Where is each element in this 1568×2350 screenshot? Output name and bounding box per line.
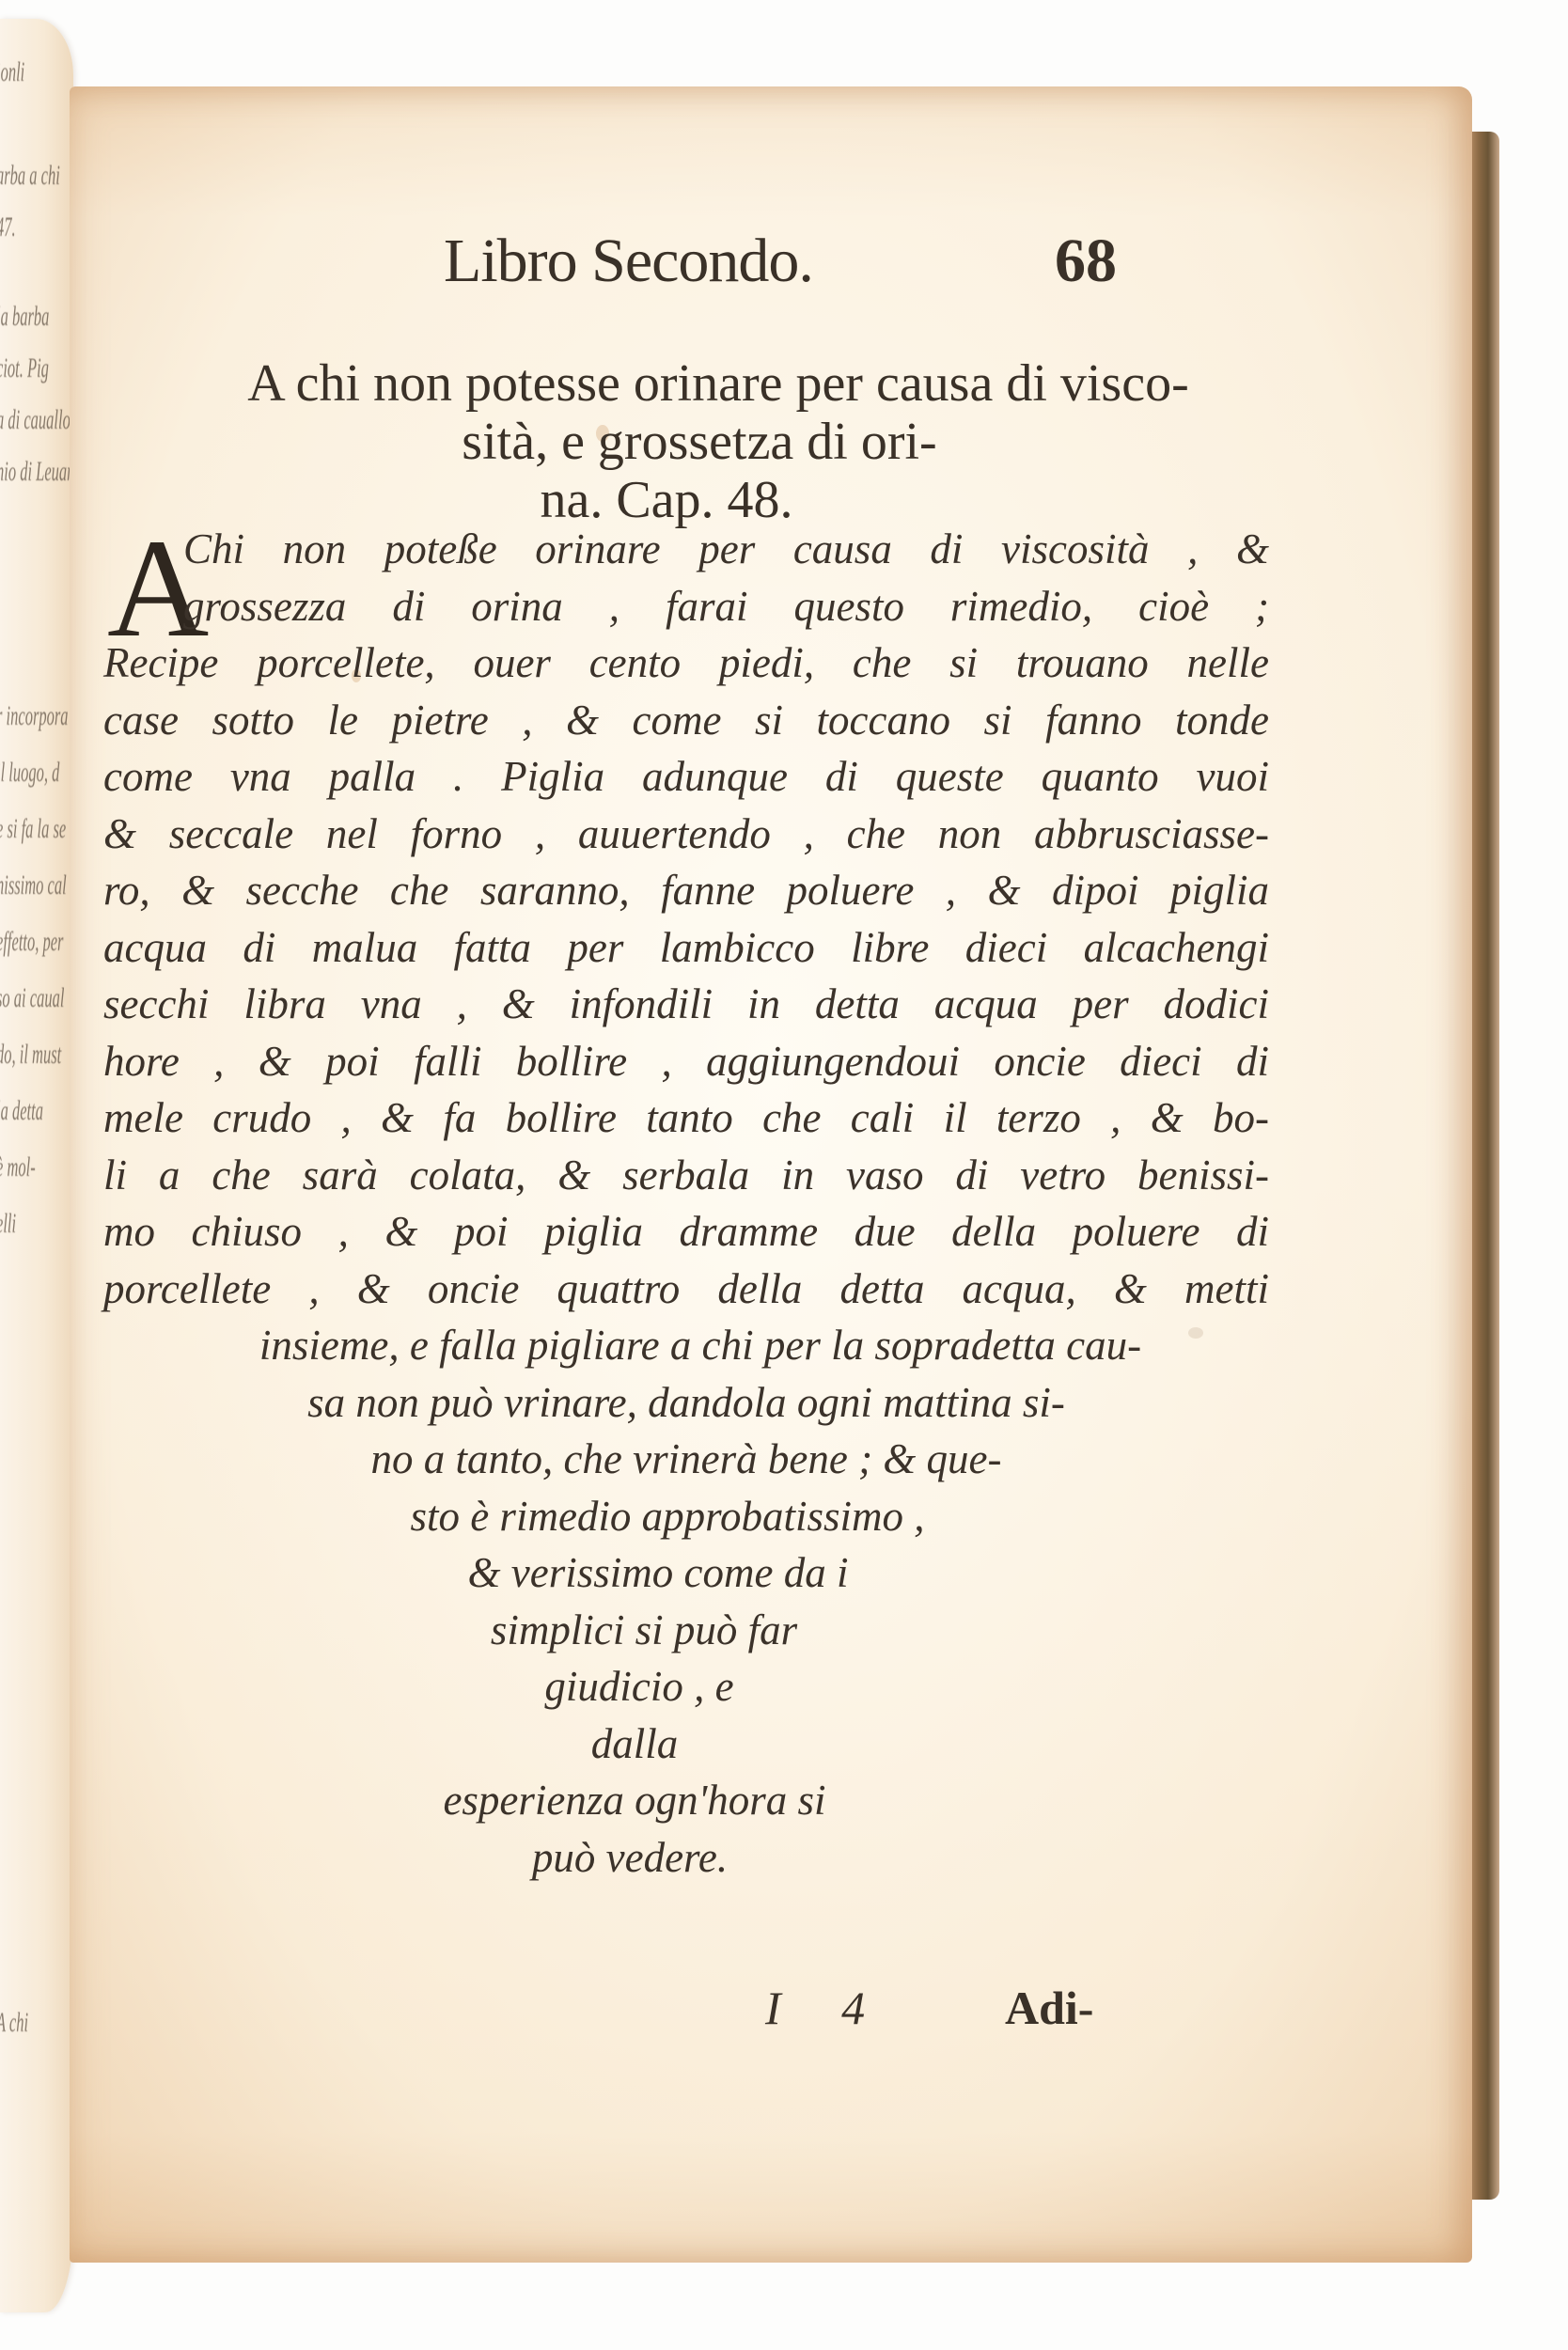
left-page-text-fragment: do, il must	[0, 1039, 61, 1071]
left-page-text-fragment: ciot. Pig	[0, 352, 49, 384]
left-page-text-fragment: 47.	[0, 211, 16, 243]
left-page-text-fragment: r incorpora	[0, 700, 69, 732]
left-page-edge: ionliarba a chi47.la barbaciot. Piga di …	[0, 19, 73, 2312]
text-line: & verissimo come da i	[47, 1544, 1269, 1602]
text-line: esperienza ogn'hora si	[0, 1772, 1269, 1829]
left-page-text-fragment: e si fa la se	[0, 813, 66, 845]
text-line: secchi libra vna , & infondili in detta …	[103, 976, 1269, 1033]
text-line: li a che sarà colata, & serbala in vaso …	[103, 1147, 1269, 1204]
left-page-text-fragment: elli	[0, 1208, 16, 1240]
text-line: insieme, e falla pigliare a chi per la s…	[103, 1317, 1269, 1374]
text-line: ro, & secche che saranno, fanne poluere …	[103, 862, 1269, 919]
text-line: Recipe porcellete, ouer cento piedi, che…	[103, 634, 1269, 692]
text-line: mele crudo , & fa bollire tanto che cali…	[103, 1089, 1269, 1147]
catchword: Adi-	[1005, 1981, 1093, 2035]
chapter-heading-line: A chi non potesse orinare per causa di v…	[164, 354, 1273, 413]
text-line: porcellete , & oncie quattro della detta…	[103, 1261, 1269, 1318]
text-line: giudicio , e	[9, 1658, 1269, 1715]
book-page: Libro Secondo. 68 A chi non potesse orin…	[70, 86, 1472, 2263]
signature-mark: I 4	[765, 1981, 889, 2035]
text-line: mo chiuso , & poi piglia dramme due dell…	[103, 1203, 1269, 1261]
left-page-text-fragment: la barba	[0, 301, 49, 333]
text-line: sa non può vrinare, dandola ogni mattina…	[103, 1374, 1269, 1432]
running-head: Libro Secondo. 68	[70, 226, 1472, 301]
left-page-text-fragment: il luogo, d	[0, 757, 59, 789]
text-line: dalla	[0, 1715, 1269, 1773]
book-photo: ionliarba a chi47.la barbaciot. Piga di …	[0, 0, 1568, 2350]
text-line: può vedere.	[0, 1829, 1269, 1887]
left-page-text-fragment: A chi	[0, 2007, 28, 2039]
chapter-heading: A chi non potesse orinare per causa di v…	[164, 354, 1273, 529]
left-page-text-fragment: la detta	[0, 1095, 43, 1127]
chapter-heading-line: sità, e grossetza di ori-	[126, 413, 1273, 471]
text-line: sto è rimedio approbatissimo ,	[66, 1488, 1269, 1545]
text-line: grossezza di orina , farai questo rimedi…	[103, 578, 1269, 635]
running-title: Libro Secondo.	[444, 226, 813, 297]
text-line: case sotto le pietre , & come si toccano…	[103, 692, 1269, 749]
text-line: simplici si può far	[19, 1602, 1269, 1659]
text-line: hore , & poi falli bollire , aggiungendo…	[103, 1033, 1269, 1090]
text-line: acqua di malua fatta per lambicco libre …	[103, 919, 1269, 977]
text-line: come vna palla . Piglia adunque di quest…	[103, 748, 1269, 806]
text-line: & seccale nel forno , auuertendo , che n…	[103, 806, 1269, 863]
left-page-text-fragment: arba a chi	[0, 160, 60, 192]
left-page-text-fragment: a di cauallo	[0, 404, 71, 436]
body-text: Chi non poteße orinare per causa di visc…	[103, 521, 1269, 1886]
text-line: no a tanto, che vrinerà bene ; & que-	[103, 1431, 1269, 1488]
page-number: 68	[1055, 226, 1117, 297]
left-page-text-fragment: ionli	[0, 56, 24, 88]
left-page-text-fragment: è mol-	[0, 1151, 36, 1183]
left-page-text-fragment: effetto, per	[0, 926, 63, 958]
left-page-text-fragment: nissimo cal	[0, 869, 67, 901]
text-line: Chi non poteße orinare per causa di visc…	[103, 521, 1269, 578]
left-page-text-fragment: so ai caual	[0, 982, 64, 1014]
